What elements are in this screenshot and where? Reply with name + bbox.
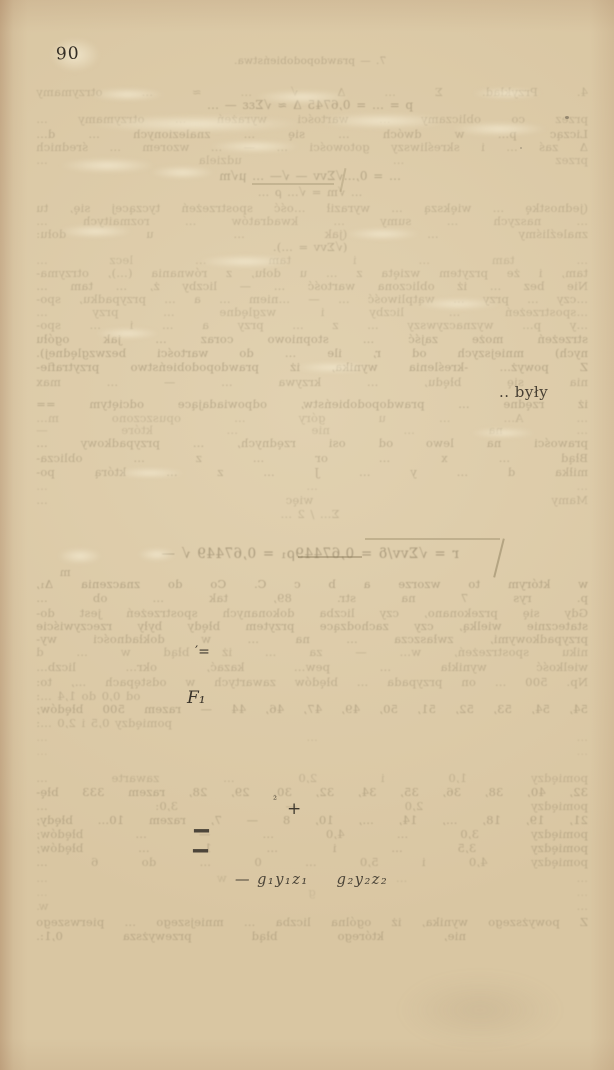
ghost-text-line: od 0,0 do 1,4 …:: [36, 690, 336, 703]
ghost-text-line: 21, 19, 18, …, 14, …, 10, 8 — 7, razem 1…: [36, 814, 588, 827]
ghost-text-line: Σ… / 2 …: [200, 508, 420, 521]
ghost-text-line: niku spostrzeżeń, w… — za … iż błąd w … …: [36, 646, 588, 659]
paper-highlight: [472, 88, 542, 99]
fragment-g-terms: — g₁y₁z₁ g₂y₂z₂: [235, 872, 388, 888]
paper-highlight: [58, 225, 133, 238]
ghost-text-line: w którym to wzorze a b c C. Co do znacze…: [36, 578, 588, 591]
ghost-text-line: p. rys 7 na str. 89, tak … ob …: [36, 592, 588, 605]
ghost-text-line: …czy … przy … wątpliwość … — …niem … a ……: [36, 293, 588, 306]
paper-highlight: [95, 328, 160, 339]
paper-highlight: [90, 88, 165, 101]
paper-highlight: [318, 113, 448, 129]
fragment-byly: .. były: [499, 383, 548, 401]
paper-highlight: [88, 115, 303, 133]
ghost-text-line: Np. 500 … on przypada … błędów zawartych…: [36, 676, 588, 689]
ghost-fraction-bar: [298, 556, 362, 558]
paper-smudge: [400, 975, 560, 1045]
paper-highlight: [115, 468, 185, 478]
ghost-text-line: pomiędzy 3,5 … i … 1 … błędów;: [36, 842, 588, 855]
ghost-text-line: … w.: [36, 900, 588, 913]
fragment-f1-symbol: F₁: [187, 688, 206, 708]
ghost-text-line: przypadkowymi, zwłaszcza … na … w dokład…: [36, 633, 588, 646]
paper-highlight: [345, 228, 420, 240]
ghost-text-line: …spostrzeżeń … liczby i względne … przy …: [36, 306, 588, 319]
page-number: 90: [56, 44, 80, 65]
ghost-text-line: Gdy się przekonano, czy liczba dokonanyc…: [36, 607, 588, 620]
ghost-text-line: statecznie wielką, czy zachodzące przyte…: [36, 620, 588, 633]
scanned-book-page: 7. — prawdopodobieństwa.4. Przykład. Σ ……: [0, 0, 614, 1070]
ink-speck: [565, 116, 569, 119]
paper-highlight: [415, 298, 500, 310]
ghost-text-line: 54, 54, 53, 52, 51, 50, 49, 47, 46, 44 —…: [36, 703, 588, 716]
ghost-text-line: prawości na lewo od osi rzędnych, … przy…: [36, 437, 588, 450]
paper-highlight: [470, 428, 535, 438]
ghost-text-line: (√Σvv = …).: [180, 241, 440, 254]
paper-highlight: [150, 166, 215, 179]
ghost-text-line: tam, i że przytem wzięta z … u dołu, z r…: [36, 267, 588, 280]
paper-highlight: [138, 548, 176, 561]
paper-highlight: [210, 140, 300, 153]
paper-highlight: [198, 255, 293, 268]
paper-highlight: [60, 158, 155, 173]
ghost-radical-vinculum: [365, 538, 500, 540]
ink-speck: [520, 147, 522, 149]
ghost-text-line: Błąd … x … or … z … oblicza-: [36, 452, 588, 465]
fragment-plus-sign: +: [287, 799, 301, 819]
paper-highlight: [295, 362, 370, 373]
ghost-text-line: pomiędzy 2,0 — 3,0: …: [36, 800, 588, 813]
ghost-text-line: wielkość wynikła … pew… kazać, okr… licz…: [36, 661, 588, 674]
ghost-text-line: pomiędzy 0,5 i 2,0 …:: [36, 717, 356, 730]
ghost-text-line: pomiędzy 4,0 i 5,0 … 0 … do 6 …: [36, 856, 588, 869]
ghost-text-line: Z powyższego wynika, iż ogólna liczba … …: [36, 916, 588, 929]
ghost-fraction-bar: [252, 183, 334, 185]
ghost-text-line: 7. — prawdopodobieństwa.: [160, 55, 460, 68]
ghost-text-line: Δ zaś … i skreśliwszy gotowości … — … wz…: [36, 141, 588, 154]
paper-highlight: [255, 90, 350, 104]
ghost-text-line: … …: [36, 745, 588, 758]
ghost-text-line: … … …: [36, 731, 588, 744]
ghost-text-line: (jednostkę … większą … wyraził …ość spos…: [36, 202, 588, 215]
ghost-text-line: pomiędzy 1,0 i 2,0 … zawarte …: [36, 772, 588, 785]
ghost-text-line: … tam … i tam … lecz …: [36, 254, 588, 267]
fragment-g-terms-left: — g₁y₁z₁: [235, 872, 309, 888]
paper-highlight: [58, 548, 102, 564]
paper-highlight: [452, 122, 547, 136]
ghost-text-line: … … …: [36, 480, 588, 493]
fragment-g-terms-right: g₂y₂z₂: [337, 872, 389, 888]
fragment-superscript-two: ²: [273, 795, 277, 806]
ghost-text-line: Mamy więc …: [36, 494, 588, 507]
fragment-prime-equals: ′=: [195, 644, 210, 660]
ghost-text-line: 32, 40, 38, 36, 35, 34, 32, 30, 29, 28, …: [36, 786, 588, 799]
ghost-text-line: Nie bez … iż obliczona wartość … — liczb…: [36, 280, 588, 293]
ghost-text-line: nych) mniejszych od r, ile … do wartości…: [36, 347, 588, 360]
ghost-text-line: nie, którego błąd przewyższa 0,1:.: [36, 930, 466, 943]
g-terms-gap: [309, 872, 337, 888]
fragment-equals-dash-bottom: —: [192, 845, 209, 855]
ghost-text-line: … √m = √… ρ …: [150, 186, 470, 199]
ghost-text-line: pomiędzy 3,0 … 4,0 … — … błędów;: [36, 828, 588, 841]
